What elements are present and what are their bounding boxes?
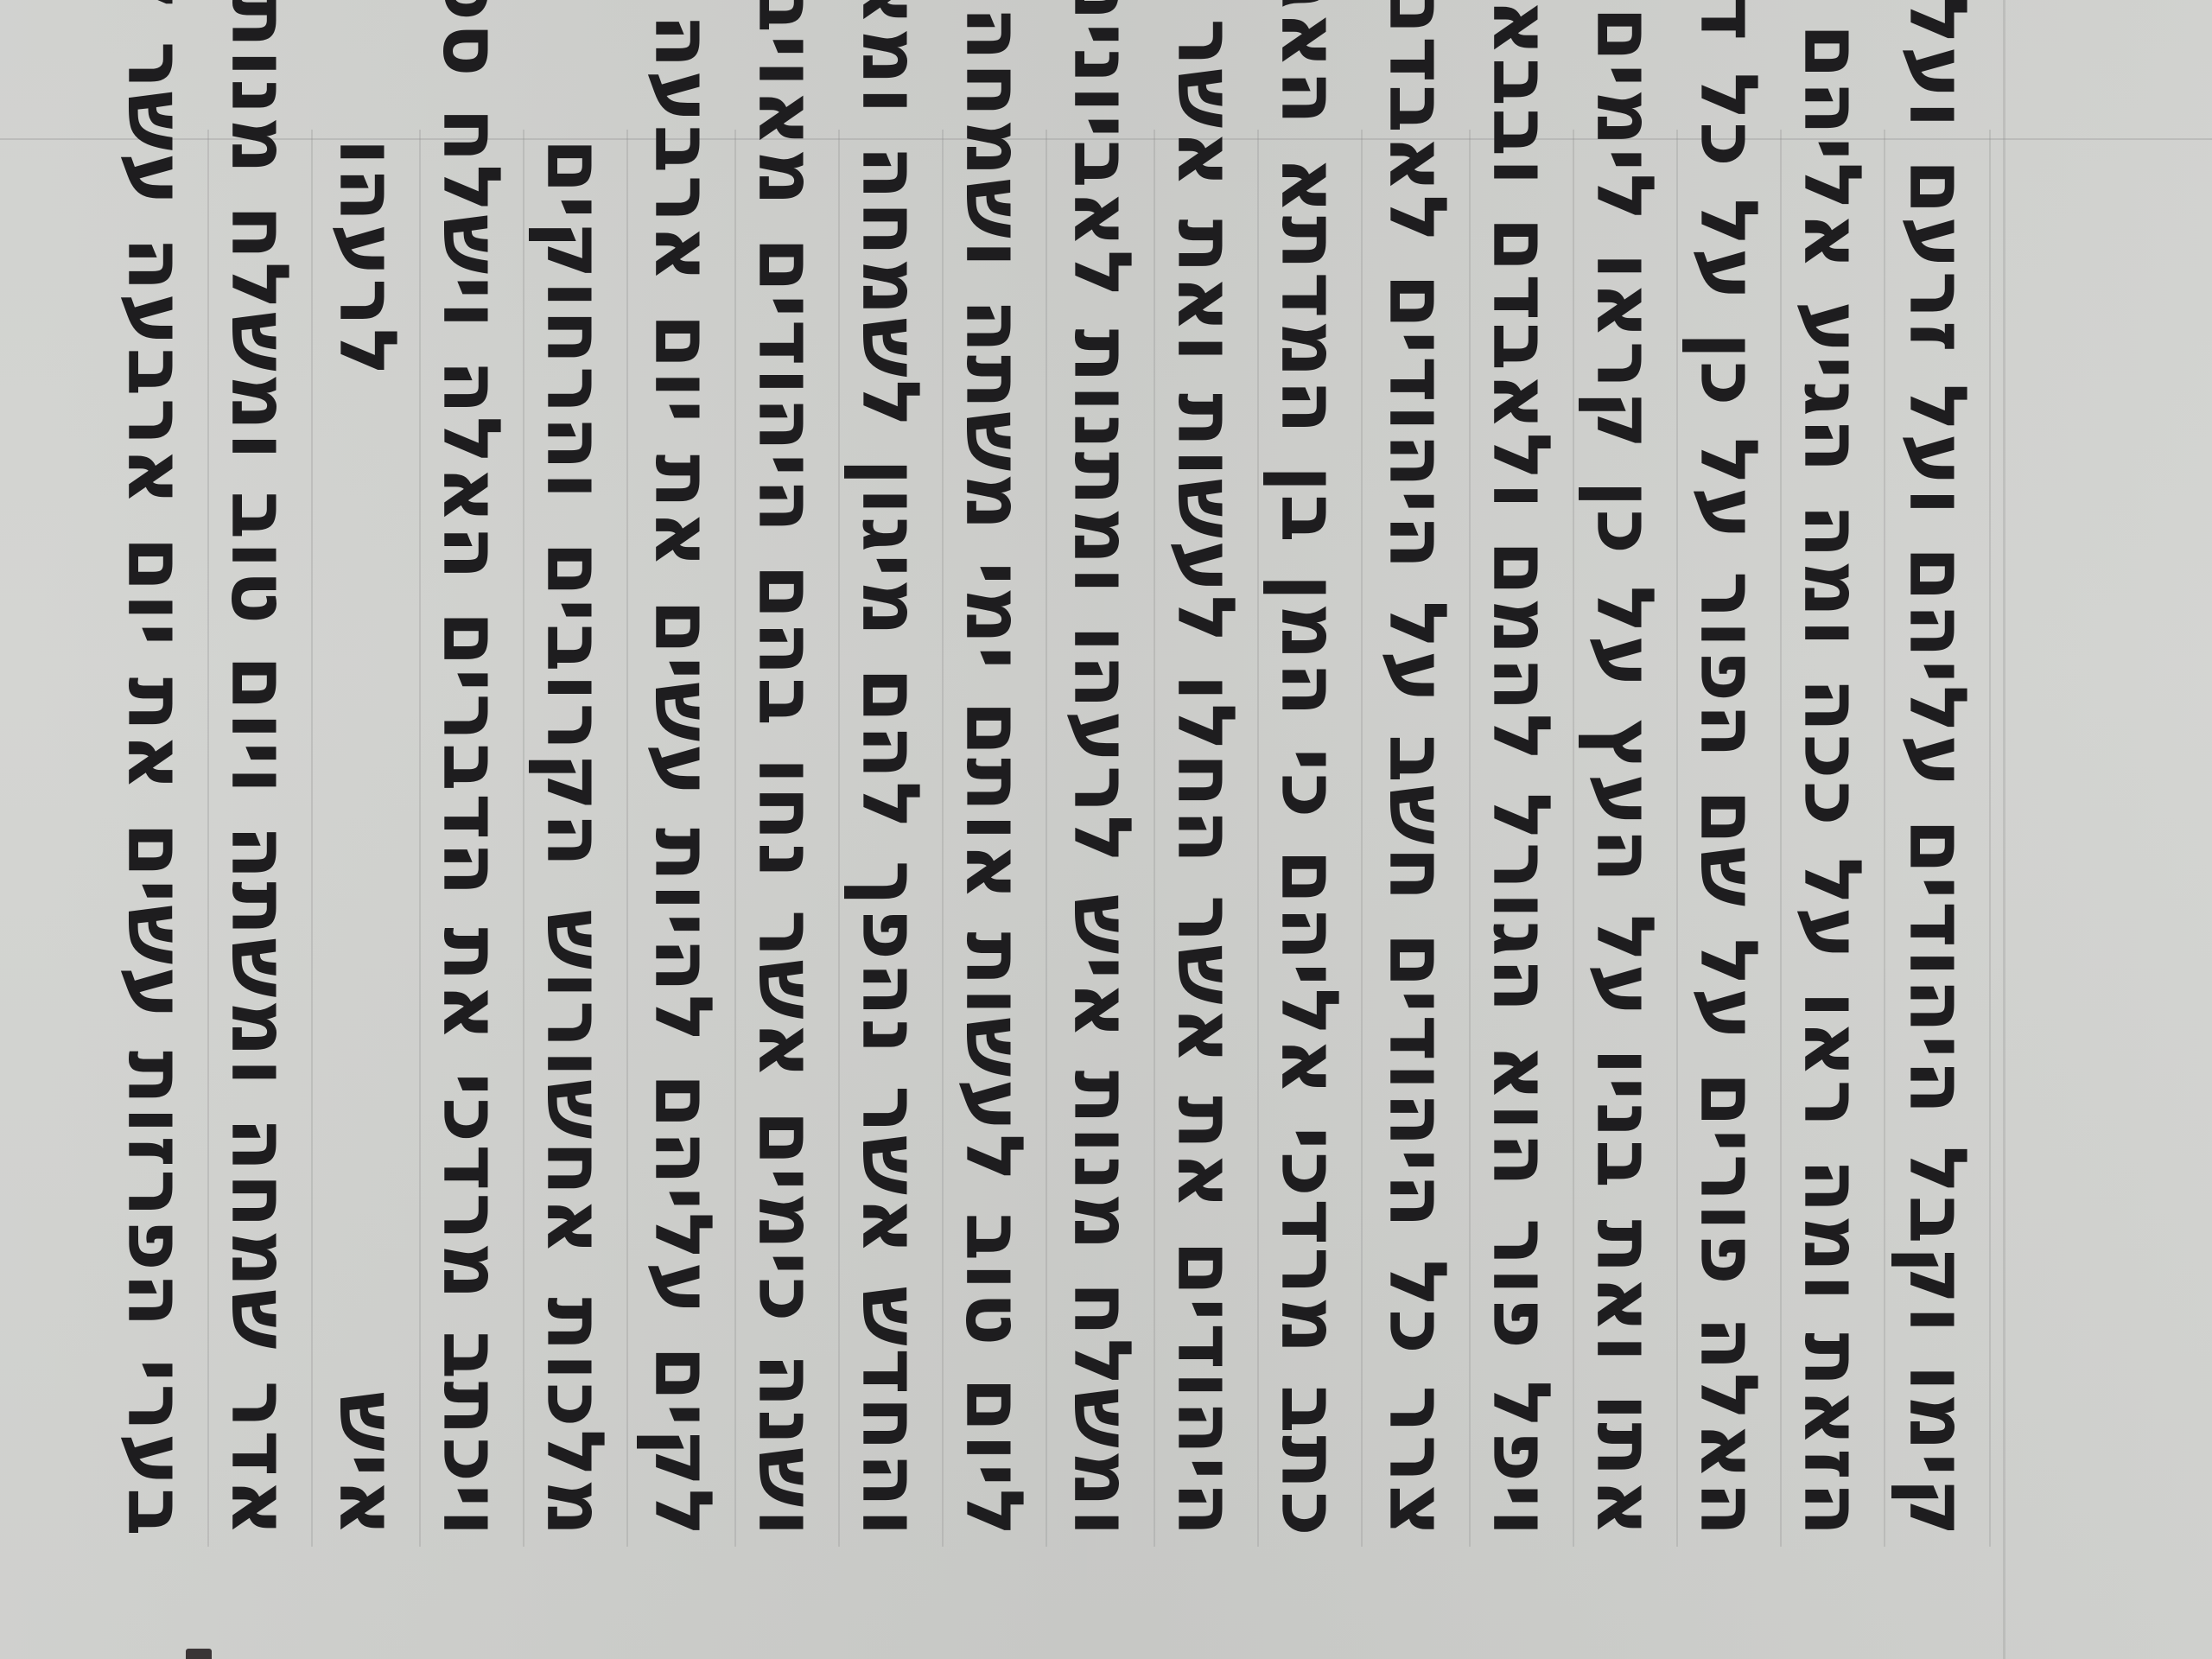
scroll-line: היהודים את אשר החלו לעשות ואת אשר <box>1158 138 1253 1538</box>
ruling-line <box>1989 130 1991 1547</box>
scroll-line: ומשלח מנות איש לרעהו ומתנות לאביונים וקב… <box>1054 138 1149 1538</box>
ruling-line <box>419 130 421 1547</box>
ruling-line <box>1257 130 1259 1547</box>
scroll-line: כתב מרדכי אליהם כי המן בן המדתא האגגי <box>1262 138 1357 1538</box>
ruling-line <box>1676 130 1678 1547</box>
ruling-line <box>1361 130 1363 1547</box>
scroll-line: ויפל פור הוא הגורל להמם ולאבדם ובבאה <box>1473 138 1568 1538</box>
ruling-line <box>1154 130 1155 1547</box>
scroll-line: האלה פורים על שם הפור על כן על כל דברי ה… <box>1681 138 1776 1538</box>
scroll-line: לקים עליהם להיות עשים את יום ארבעה עשר <box>635 138 730 1538</box>
ruling-line <box>311 130 313 1547</box>
ruling-line <box>1469 130 1471 1547</box>
scroll-line: ושנה כימים אשר נחו בהם היהודים מאויביהם <box>739 138 834 1538</box>
scroll-line: הזאת ומה ראו על ככה ומה הגיע אליהם <box>1784 138 1879 1538</box>
scroll-line: ליום טוב לעשות אותם ימי משתה ושמחה <box>946 138 1041 1538</box>
scroll-line: איש לרעהו <box>320 138 415 1538</box>
ruling-line <box>838 130 840 1547</box>
scroll-line: אתו ואת בניו על העץ על כן קראו לימים <box>1577 138 1672 1538</box>
scroll-line: ויכתב מרדכי את הדברים האלה וישלח ספרים א… <box>423 138 518 1538</box>
ruling-line <box>1046 130 1047 1547</box>
ruling-line <box>1884 130 1885 1547</box>
next-column-ink-mark <box>186 1649 212 1659</box>
ruling-line <box>207 130 209 1547</box>
scroll-line: והחדש אשר נהפך להם מיגון לשמחה ומאבל <box>842 138 938 1538</box>
scroll-line: קימו וקבל היהודים עליהם ועל זרעם ועל כל <box>1890 138 1985 1538</box>
ruling-line <box>523 130 524 1547</box>
scroll-line: אדר שמחה ומשתה ויום טוב ומשלח מנות <box>212 138 307 1538</box>
right-margin-line <box>2003 0 2005 1659</box>
ruling-line <box>734 130 736 1547</box>
ruling-line <box>1780 130 1782 1547</box>
ruling-line <box>942 130 944 1547</box>
scroll-line: בערי הפרזות עשים את יום ארבעה עשר לחדש <box>108 138 203 1538</box>
scroll-line: צרר כל היהודים חשב על היהודים לאבדם <box>1370 138 1465 1538</box>
ruling-line <box>626 130 628 1547</box>
scroll-line: מלכות אחשורוש הקרובים והרחוקים <box>527 138 622 1538</box>
ruling-line <box>1573 130 1574 1547</box>
